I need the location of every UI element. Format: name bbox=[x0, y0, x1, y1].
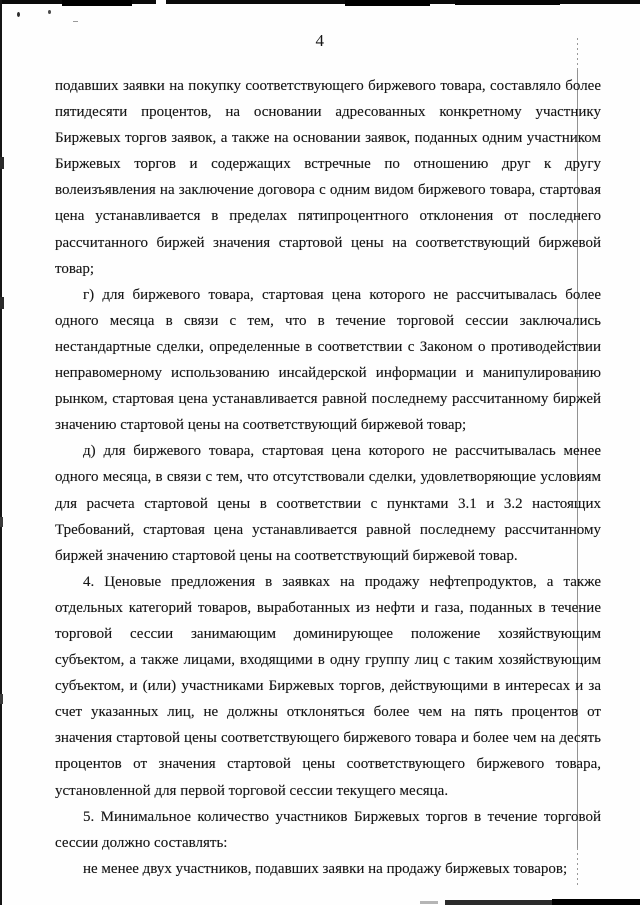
scan-bottom-edge-bar bbox=[552, 899, 640, 905]
text-line: не менее двух участников, подавших заявк… bbox=[55, 856, 601, 882]
text-line: установленной для первой торговой сессии… bbox=[55, 778, 601, 804]
text-line: подавших заявки на покупку соответствующ… bbox=[55, 73, 601, 99]
text-line: д) для биржевого товара, стартовая цена … bbox=[55, 438, 601, 464]
text-line: рынком, стартовая цена устанавливается р… bbox=[55, 386, 601, 412]
scan-left-tick bbox=[0, 157, 4, 169]
text-line: счет указанных лиц, не должны отклонятьс… bbox=[55, 699, 601, 725]
text-line: Требований, стартовая цена устанавливает… bbox=[55, 517, 601, 543]
text-line: процентов от значения стартовой цены соо… bbox=[55, 751, 601, 777]
text-line: значения стартовой цены соответствующего… bbox=[55, 725, 601, 751]
text-line: значению стартовой цены на соответствующ… bbox=[55, 412, 601, 438]
scan-top-edge-bar bbox=[62, 0, 132, 6]
scan-left-edge-line bbox=[0, 0, 2, 905]
text-line: цена устанавливается в пределах пятипроц… bbox=[55, 203, 601, 229]
text-line: 4. Ценовые предложения в заявках на прод… bbox=[55, 569, 601, 595]
text-line: г) для биржевого товара, стартовая цена … bbox=[55, 282, 601, 308]
page-number: 4 bbox=[0, 31, 640, 51]
text-line: Биржевых торгов заявок, а также на основ… bbox=[55, 125, 601, 151]
scan-top-edge-bar bbox=[345, 0, 430, 6]
scan-left-tick bbox=[0, 694, 3, 704]
text-line: 5. Минимальное количество участников Бир… bbox=[55, 804, 601, 830]
scan-left-tick bbox=[0, 517, 3, 527]
scan-speck bbox=[17, 12, 20, 17]
text-line: волеизъявления на заключение договора с … bbox=[55, 177, 601, 203]
text-line: пятидесяти процентов, на основании адрес… bbox=[55, 99, 601, 125]
text-line: одного месяца в связи с тем, что в течен… bbox=[55, 308, 601, 334]
text-line: биржей значению стартовой цены на соотве… bbox=[55, 543, 601, 569]
scan-speck bbox=[73, 21, 78, 22]
scan-top-edge-bar bbox=[455, 0, 560, 5]
text-line: товар; bbox=[55, 256, 601, 282]
text-line: сессии должно составлять: bbox=[55, 830, 601, 856]
text-line: субъектом, и (или) участниками Биржевых … bbox=[55, 673, 601, 699]
scan-speck bbox=[420, 901, 438, 904]
text-line: отдельных категорий товаров, выработанны… bbox=[55, 595, 601, 621]
text-line: неправомерному использованию инсайдерско… bbox=[55, 360, 601, 386]
text-line: для расчета стартовой цены в соответстви… bbox=[55, 491, 601, 517]
text-line: нестандартные сделки, определенные в соо… bbox=[55, 334, 601, 360]
text-line: торговой сессии занимающим доминирующее … bbox=[55, 621, 601, 647]
text-body: подавших заявки на покупку соответствующ… bbox=[55, 73, 601, 882]
text-line: субъектом, а также лицами, входящими в о… bbox=[55, 647, 601, 673]
text-line: одного месяца, в связи с тем, что отсутс… bbox=[55, 464, 601, 490]
scan-left-tick bbox=[0, 297, 4, 309]
scanned-page: 4 подавших заявки на покупку соответству… bbox=[0, 0, 640, 905]
scan-speck bbox=[48, 10, 51, 14]
text-line: Биржевых торгов и содержащих встречные п… bbox=[55, 151, 601, 177]
text-line: рассчитанного биржей значения стартовой … bbox=[55, 230, 601, 256]
